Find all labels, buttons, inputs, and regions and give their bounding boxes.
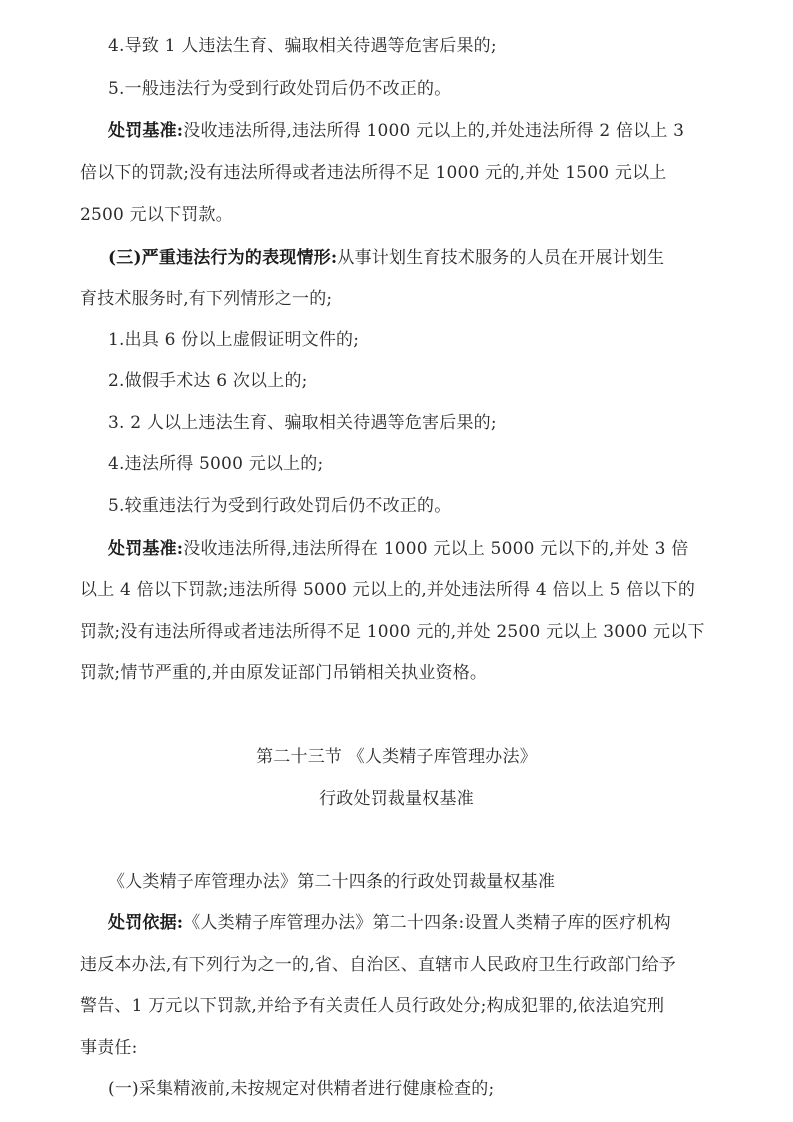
document-page: 4.导致 1 人违法生育、骗取相关待遇等危害后果的; 5.一般违法行为受到行政处… [0, 0, 793, 1122]
paragraph-text: 没收违法所得,违法所得在 1000 元以上 5000 元以下的,并处 3 倍 [183, 539, 688, 559]
penalty-basis-paragraph: 处罚依据:《人类精子库管理办法》第二十四条:设置人类精子库的医疗机构 [108, 912, 671, 934]
paragraph-line: 罚款;没有违法所得或者违法所得不足 1000 元的,并处 2500 元以上 30… [80, 621, 705, 643]
penalty-basis-label: 处罚依据: [108, 913, 183, 933]
paragraph-line: 事责任: [80, 1037, 138, 1059]
paragraph-text: 从事计划生育技术服务的人员在开展计划生 [337, 248, 664, 268]
paragraph-line: 倍以下的罚款;没有违法所得或者违法所得不足 1000 元的,并处 1500 元以… [80, 162, 666, 184]
paragraph-text: 《人类精子库管理办法》第二十四条:设置人类精子库的医疗机构 [183, 913, 671, 933]
article-title: 《人类精子库管理办法》第二十四条的行政处罚裁量权基准 [108, 871, 555, 893]
list-item: 2.做假手术达 6 次以上的; [108, 370, 308, 392]
list-item: (一)采集精液前,未按规定对供精者进行健康检查的; [108, 1078, 494, 1100]
paragraph-line: 以上 4 倍以下罚款;违法所得 5000 元以上的,并处违法所得 4 倍以上 5… [80, 579, 695, 601]
paragraph-text: 没收违法所得,违法所得 1000 元以上的,并处违法所得 2 倍以上 3 [183, 121, 684, 141]
list-item: 1.出具 6 份以上虚假证明文件的; [108, 329, 359, 351]
penalty-standard-label: 处罚基准: [108, 121, 183, 141]
paragraph-line: 警告、1 万元以下罚款,并给予有关责任人员行政处分;构成犯罪的,依法追究刑 [80, 995, 664, 1017]
penalty-standard-label: 处罚基准: [108, 539, 183, 559]
list-item: 4.导致 1 人违法生育、骗取相关待遇等危害后果的; [108, 35, 497, 57]
paragraph-line: 罚款;情节严重的,并由原发证部门吊销相关执业资格。 [80, 662, 487, 684]
section-label: (三)严重违法行为的表现情形: [108, 248, 337, 268]
list-item: 5.较重违法行为受到行政处罚后仍不改正的。 [108, 495, 451, 517]
list-item: 4.违法所得 5000 元以上的; [108, 453, 323, 475]
penalty-standard-paragraph: 处罚基准:没收违法所得,违法所得在 1000 元以上 5000 元以下的,并处 … [108, 538, 688, 560]
section-subheading: 行政处罚裁量权基准 [0, 788, 793, 810]
serious-violation-paragraph: (三)严重违法行为的表现情形:从事计划生育技术服务的人员在开展计划生 [108, 247, 664, 269]
section-heading: 第二十三节 《人类精子库管理办法》 [0, 746, 793, 768]
list-item: 5.一般违法行为受到行政处罚后仍不改正的。 [108, 78, 451, 100]
list-item: 3. 2 人以上违法生育、骗取相关待遇等危害后果的; [108, 412, 497, 434]
penalty-standard-paragraph: 处罚基准:没收违法所得,违法所得 1000 元以上的,并处违法所得 2 倍以上 … [108, 120, 684, 142]
paragraph-line: 育技术服务时,有下列情形之一的; [80, 288, 332, 310]
paragraph-line: 2500 元以下罚款。 [80, 204, 233, 226]
paragraph-line: 违反本办法,有下列行为之一的,省、自治区、直辖市人民政府卫生行政部门给予 [80, 954, 676, 976]
